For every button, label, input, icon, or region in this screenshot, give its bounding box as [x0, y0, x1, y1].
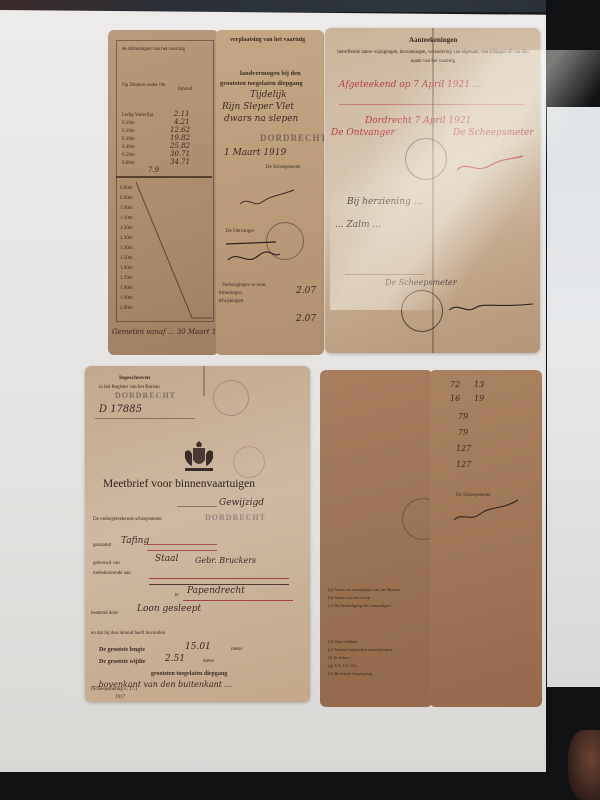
doc3-measure-unit: meter	[231, 646, 242, 654]
doc1-row: 2.00m	[120, 305, 133, 313]
doc1-handwriting: Rijn Sleper Vlet	[222, 102, 294, 112]
doc4-signature	[452, 498, 522, 524]
doc3-field-value-material: Staal	[155, 554, 178, 564]
doc2-seal-stamp-1	[405, 138, 447, 180]
doc1-value: 12.62	[170, 126, 190, 134]
doc2-black-note-2: ... Zalm ...	[335, 220, 381, 230]
background-bottom	[0, 772, 546, 800]
doc3-strike-rule	[147, 550, 217, 551]
doc4-value: 19	[474, 394, 484, 403]
doc1-row: 0.90m	[120, 195, 133, 203]
doc3-measure-value: 2.51	[165, 654, 185, 664]
doc1-value: 25.82	[170, 142, 190, 150]
doc3-faint-stamp-2	[233, 446, 265, 478]
doc1-value: 4.21	[174, 118, 190, 126]
doc1-signature	[238, 186, 298, 210]
doc3-field-label: bestemd door	[91, 610, 118, 618]
doc3-underline-red	[149, 578, 289, 579]
doc4-footnote: (d) Staat hebben.	[328, 638, 359, 646]
doc3-header-rule	[95, 418, 195, 419]
doc1-row: 0.40m	[122, 144, 135, 152]
doc3-register-number: D 17885	[99, 404, 142, 415]
document-bottom-right: (a) Naam en woonplaats van het Bureau. (…	[320, 370, 542, 707]
doc2-rule	[345, 274, 425, 275]
doc3-place-stamp: DORDRECHT	[115, 392, 176, 400]
doc3-field-label: toebehoorende aan	[93, 570, 131, 578]
doc3-field-label: gebouwd van	[93, 560, 120, 568]
doc2-red-signature	[455, 154, 525, 178]
doc1-value: 19.82	[170, 134, 190, 142]
doc3-title: Meetbrief voor binnenvaartuigen	[103, 478, 255, 491]
doc3-text: en dat hij den inhoud heeft bevonden	[91, 630, 165, 638]
doc4-footnote: (h) Bovenste dieptegang ...	[328, 670, 377, 678]
doc1-left-panel: de Afmetingen van het vaartuig Op Diepte…	[108, 30, 218, 355]
doc1-row: 0.30m	[122, 136, 135, 144]
doc2-black-signature	[445, 298, 535, 318]
doc4-value: 127	[456, 460, 471, 469]
doc3-title-rule	[177, 506, 217, 507]
doc1-row: 0.50m	[122, 152, 135, 160]
doc2-red-scheepsmeter: De Scheepsmeter	[453, 128, 534, 138]
doc3-field-label: te	[175, 592, 179, 600]
doc2-title: Aanteekeningen	[409, 36, 457, 44]
doc2-seal-stamp-2	[401, 290, 443, 332]
doc2-red-date: Dordrecht 7 April 1921	[365, 116, 471, 126]
doc3-fold-top	[203, 366, 205, 396]
doc4-footnote: (f) In letters ...	[328, 654, 354, 662]
doc4-right-panel: 72 13 16 19 79 79 127 127 De Scheepsmete…	[430, 370, 542, 707]
doc1-row: 1.60m	[120, 265, 133, 273]
doc4-value: 16	[450, 394, 460, 403]
doc2-black-label: De Scheepsmeter	[385, 278, 457, 287]
doc1-handwriting: dwars na slepen	[224, 114, 298, 124]
doc3-year: 1917	[115, 694, 125, 702]
doc1-footer-value: 2.07	[296, 286, 316, 296]
doc3-field-value-name: Tafing	[121, 536, 149, 546]
doc3-faint-stamp-1	[213, 380, 249, 416]
doc4-footnote: (c) Bij beëindiging der eenmaligen ...	[328, 602, 395, 610]
doc3-field-label: genaamd	[93, 542, 111, 550]
doc3-strike-rule	[147, 544, 217, 545]
doc3-field-value-use: Loon gesleept	[137, 604, 201, 614]
doc1-footer-value: 2.07	[296, 314, 316, 324]
doc4-value: 79	[458, 428, 468, 437]
doc3-body-stamp: DORDRECHT	[205, 514, 266, 522]
doc1-footer-label: Verhoogingen in tonn.	[222, 282, 267, 290]
doc3-measure-unit: meter	[203, 658, 214, 666]
doc3-diepgang: grootsten toegelaten diepgang	[151, 670, 227, 678]
doc1-value: 34.71	[170, 158, 190, 166]
doc4-footnote: (a) Naam en woonplaats van het Bureau.	[328, 586, 401, 594]
doc1-row: 0.20m	[122, 128, 135, 136]
doc3-form-id: (Scheepsmeting n. 17.)	[91, 686, 137, 694]
doc1-footer-handwriting: Gemeten vanaf ... 30 Maart 1919	[112, 328, 230, 336]
doc1-row: 1.40m	[120, 245, 133, 253]
doc2-red-note: Afgeteekend op 7 April 1921 ...	[339, 80, 529, 91]
doc3-field-value-owner: Gebr. Bruckers	[195, 556, 256, 565]
doc1-col-header-2: Inhoud	[178, 86, 192, 94]
doc1-place-stamp: DORDRECHT	[260, 134, 324, 142]
doc2-red-ontvanger: De Ontvanger	[331, 128, 395, 138]
doc1-heading-2: landvermogen bij den	[240, 70, 301, 78]
doc3-measure-value: 15.01	[185, 642, 211, 652]
doc4-value: 72	[450, 380, 460, 389]
document-bottom-left-meetbrief: Ingeschreven in het Register van het Bur…	[85, 366, 310, 702]
doc3-underline-red-2	[183, 600, 293, 601]
doc1-heading-1: verplaatsing van het vaartuig	[230, 36, 305, 44]
doc1-row: 1.20m	[120, 225, 133, 233]
doc1-row: Ledig Waterlijn	[122, 112, 153, 120]
doc3-measure-label: De grootste wijdte	[99, 658, 146, 666]
doc4-footnote: (e) Andere bijzondere aanwijzingen.	[328, 646, 393, 654]
doc1-row: 0.80m	[120, 185, 133, 193]
doc1-ontvanger-label: De Ontvanger	[226, 228, 254, 236]
doc1-row: 1.10m	[120, 215, 133, 223]
doc1-value: 7.9	[148, 166, 159, 174]
doc3-header-label: Ingeschreven	[119, 374, 150, 382]
doc2-black-note: Bij herziening ...	[347, 196, 527, 208]
doc3-field-label: De ondergeteekende scheepsmeter	[93, 516, 162, 524]
doc2-subtitle: betreffende latere wijzigingen, herzieni…	[335, 48, 531, 66]
doc1-row: 0.60m	[122, 160, 135, 168]
doc3-field-value-place: Papendrecht	[187, 586, 245, 596]
doc1-value: 2.11	[174, 110, 190, 118]
doc1-signature-label: De Scheepsmeter	[266, 164, 301, 172]
doc4-left-panel: (a) Naam en woonplaats van het Bureau. (…	[320, 370, 432, 707]
doc3-handwriting-top: Gewijzigd	[219, 498, 264, 508]
doc1-footer-label: Afwijkingen	[218, 298, 243, 306]
hand-shadow	[568, 730, 600, 800]
doc1-row: 1.90m	[120, 295, 133, 303]
doc1-footer-label: Afmetingen	[218, 290, 242, 298]
doc1-row: 1.30m	[120, 235, 133, 243]
doc3-measure-label: De grootste lengte	[99, 646, 145, 654]
doc1-date: 1 Maart 1919	[224, 148, 286, 158]
coat-of-arms-icon	[179, 440, 219, 476]
doc1-row: 1.70m	[120, 275, 133, 283]
doc4-footnote: (g) 1/4, 1/2, 3/4 ...	[328, 662, 361, 670]
doc1-right-panel: verplaatsing van het vaartuig landvermog…	[216, 30, 324, 355]
doc1-handwriting: Tijdelijk	[250, 90, 287, 100]
document-top-left: de Afmetingen van het vaartuig Op Diepte…	[108, 30, 324, 355]
doc4-value: 79	[458, 412, 468, 421]
doc4-value: 127	[456, 444, 471, 453]
doc1-row: 1.50m	[120, 255, 133, 263]
doc4-value: 13	[474, 380, 484, 389]
doc1-crossed-signature	[222, 236, 282, 270]
background-right-panel	[547, 107, 600, 687]
doc1-value: 30.71	[170, 150, 190, 158]
doc2-red-rule	[339, 104, 525, 105]
doc1-row: 1.80m	[120, 285, 133, 293]
doc1-heading-3: grootsten toegelaten diepgang	[220, 80, 303, 88]
doc1-row: 0.10m	[122, 120, 135, 128]
doc1-table-header: de Afmetingen van het vaartuig	[122, 46, 185, 54]
doc4-footnote: (b) Naam van het schip.	[328, 594, 371, 602]
doc3-underline-black	[149, 584, 289, 585]
document-top-right: Aanteekeningen betreffende latere wijzig…	[325, 28, 540, 353]
doc1-row: 1.00m	[120, 205, 133, 213]
doc1-col-header-1: Op Diepten onder 0m	[122, 82, 165, 90]
